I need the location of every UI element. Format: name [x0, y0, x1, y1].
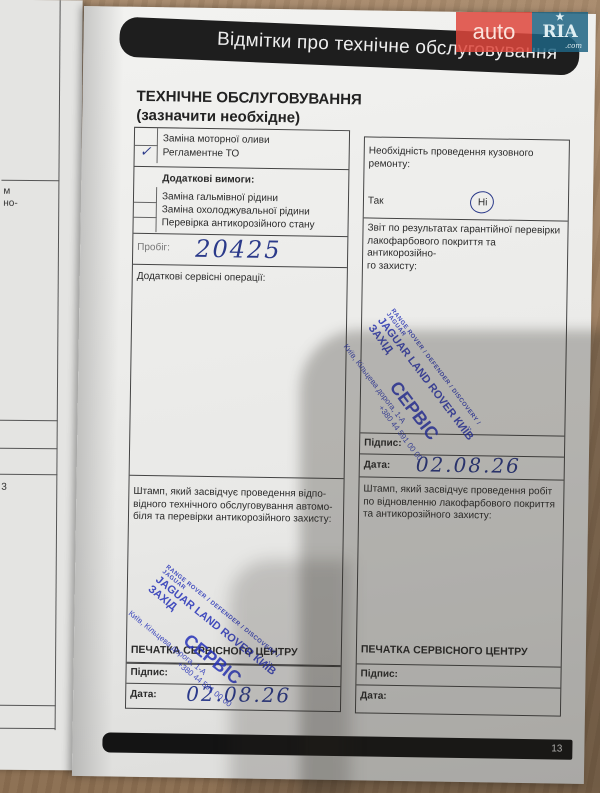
autoria-watermark: auto ★ RIA .com — [456, 12, 588, 52]
date-label-right-2: Дата: — [360, 690, 387, 703]
additional-requirements-row: Додаткові вимоги: Заміна гальмівної ріди… — [133, 167, 348, 237]
option-engine-oil-label: Заміна моторної оливи — [163, 133, 270, 147]
signature-label-right-2: Підпис: — [360, 668, 398, 681]
maintenance-form-left: ✓ Заміна моторної оливи Регламентне ТО Д… — [125, 127, 350, 712]
mileage-value[interactable]: 20425 — [195, 235, 282, 264]
left-page-fragment: но- — [3, 198, 17, 209]
watermark-com: .com — [565, 39, 582, 53]
date-label-left: Дата: — [130, 689, 157, 702]
checkbox-coolant[interactable] — [134, 203, 157, 218]
left-page-edge: м но- 3 — [0, 0, 83, 770]
left-page-line — [0, 474, 57, 475]
left-page-fragment: м — [3, 186, 10, 197]
left-page-fragment: 3 — [1, 482, 7, 493]
footer-band: 13 — [102, 732, 572, 759]
seal-label-right: ПЕЧАТКА СЕРВІСНОГО ЦЕНТРУ — [361, 643, 528, 658]
option-anticorrosion-label: Перевірка антикорозійного стану — [161, 217, 314, 232]
left-page-line — [0, 705, 56, 706]
yes-option[interactable]: Так — [368, 195, 384, 208]
left-page-line — [0, 420, 58, 421]
extra-operations-row: Додаткові сервісні операції: — [130, 265, 347, 479]
section-title: ТЕХНІЧНЕ ОБСЛУГОВУВАННЯ (зазначити необх… — [136, 87, 362, 129]
body-repair-label: Необхідність проведення кузовного ремонт… — [368, 145, 533, 173]
option-brake-fluid-label: Заміна гальмівної рідини — [162, 191, 278, 205]
watermark-ria-text: RIA — [542, 25, 577, 39]
stamp-instructions-left: Штамп, який засвідчує проведення відпо- … — [133, 486, 333, 527]
stamp-row-right: Штамп, який засвідчує проведення робіт п… — [357, 477, 564, 667]
checkbox-scheduled-service[interactable]: ✓ — [135, 146, 158, 163]
check-mark-icon: ✓ — [140, 144, 152, 160]
signature-label-left: Підпис: — [130, 667, 168, 680]
additional-heading: Додаткові вимоги: — [162, 173, 254, 187]
left-page-line — [1, 180, 59, 181]
body-repair-line: ремонту: — [368, 158, 533, 173]
service-book-page: Відмітки про технічне обслуговування ТЕХ… — [72, 6, 596, 784]
watermark-auto: auto — [456, 12, 532, 52]
signature-label-right: Підпис: — [364, 437, 402, 450]
checkbox-brake-fluid[interactable] — [134, 187, 157, 203]
watermark-ria: ★ RIA .com — [532, 12, 588, 52]
mileage-label: Пробіг: — [137, 242, 170, 255]
warranty-report-label: Звіт по результатах гарантійної перевірк… — [367, 222, 568, 275]
option-scheduled-service-label: Регламентне ТО — [163, 147, 240, 161]
report-line: лакофарбового покриття та антикорозійно- — [367, 235, 567, 263]
page-number: 13 — [551, 743, 562, 754]
date-label-right: Дата: — [364, 459, 391, 472]
left-page-line — [0, 448, 58, 449]
section-title-sub: (зазначити необхідне) — [136, 106, 361, 129]
service-type-row: ✓ Заміна моторної оливи Регламентне ТО — [134, 128, 349, 170]
mileage-row: Пробіг: 20425 — [133, 234, 347, 268]
report-line: го захисту: — [367, 260, 567, 276]
selected-circle-mark — [468, 189, 497, 216]
extra-operations-label: Додаткові сервісні операції: — [137, 271, 266, 286]
stamp-instructions-right: Штамп, який засвідчує проведення робіт п… — [363, 483, 555, 524]
left-page-border — [55, 0, 61, 730]
left-page-line — [0, 728, 56, 729]
date-row-right-2: Дата: — [356, 685, 560, 710]
body-repair-row: Необхідність проведення кузовного ремонт… — [364, 137, 569, 221]
stamp-text-line: біля та перевірки антикорозійного захист… — [133, 511, 333, 527]
checkbox-anticorrosion[interactable] — [133, 218, 156, 232]
maintenance-form-right: Необхідність проведення кузовного ремонт… — [355, 136, 570, 716]
